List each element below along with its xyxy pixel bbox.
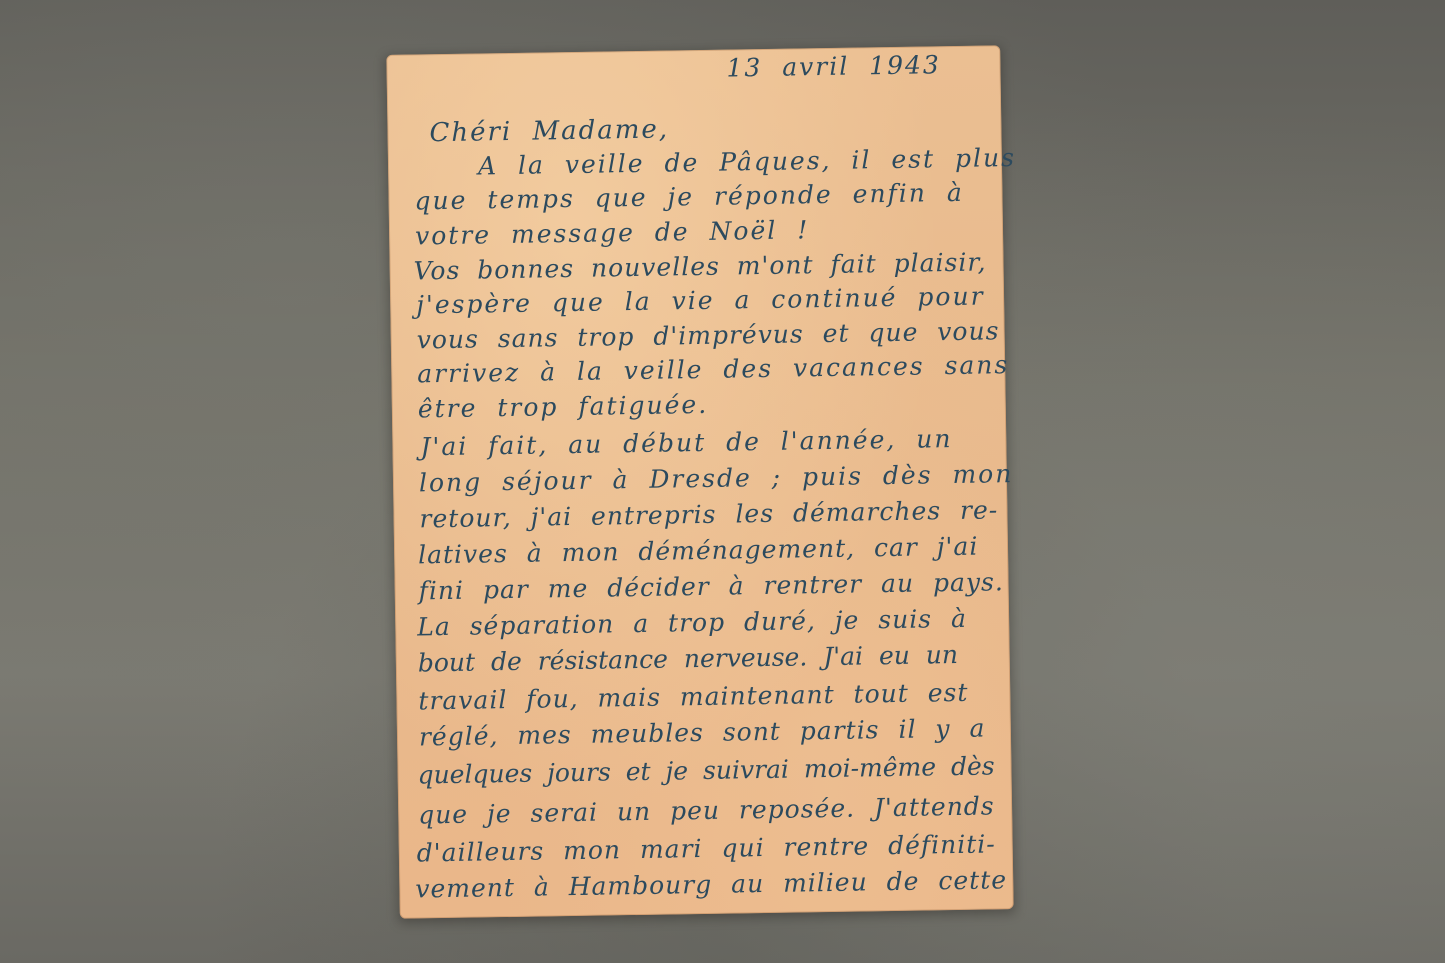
postcard: 13 avril 1943 Chéri Madame, A la veille … — [386, 45, 1013, 919]
letter-line: que je serai un peu reposée. J'attends — [418, 791, 995, 829]
letter-line: vement à Hambourg au milieu de cette — [415, 865, 1007, 903]
letter-line: travail fou, mais maintenant tout est — [418, 678, 968, 716]
letter-line: fini par me décider à rentrer au pays. — [418, 567, 1004, 605]
letter-line: latives à mon déménagement, car j'ai — [418, 532, 979, 570]
letter-line: long séjour à Dresde ; puis dès mon — [419, 459, 1014, 497]
letter-line: être trop fatiguée. — [418, 390, 709, 424]
letter-line: La séparation a trop duré, je suis à — [417, 604, 967, 642]
letter-line: A la veille de Pâques, il est plus — [478, 143, 1016, 180]
letter-line: J'ai fait, au début de l'année, un — [420, 424, 952, 461]
letter-line: j'espère que la vie a continué pour — [416, 282, 985, 320]
letter-line: Vos bonnes nouvelles m'ont fait plaisir, — [413, 247, 986, 285]
letter-line: bout de résistance nerveuse. J'ai eu un — [418, 640, 959, 677]
letter-date: 13 avril 1943 — [726, 50, 941, 82]
letter-line: arrivez à la veille des vacances sans — [417, 350, 1009, 388]
letter-salutation: Chéri Madame, — [429, 114, 669, 148]
letter-line: d'ailleurs mon mari qui rentre définiti- — [417, 829, 996, 867]
letter-line: quelques jours et je suivrai moi-même dè… — [417, 751, 994, 789]
letter-line: que temps que je réponde enfin à — [414, 178, 964, 216]
letter-line: vous sans trop d'imprévus et que vous — [417, 316, 1000, 354]
letter-line: retour, j'ai entrepris les démarches re- — [419, 495, 998, 533]
letter-line: votre message de Noël ! — [415, 215, 810, 250]
letter-line: réglé, mes meubles sont partis il y a — [419, 714, 986, 752]
